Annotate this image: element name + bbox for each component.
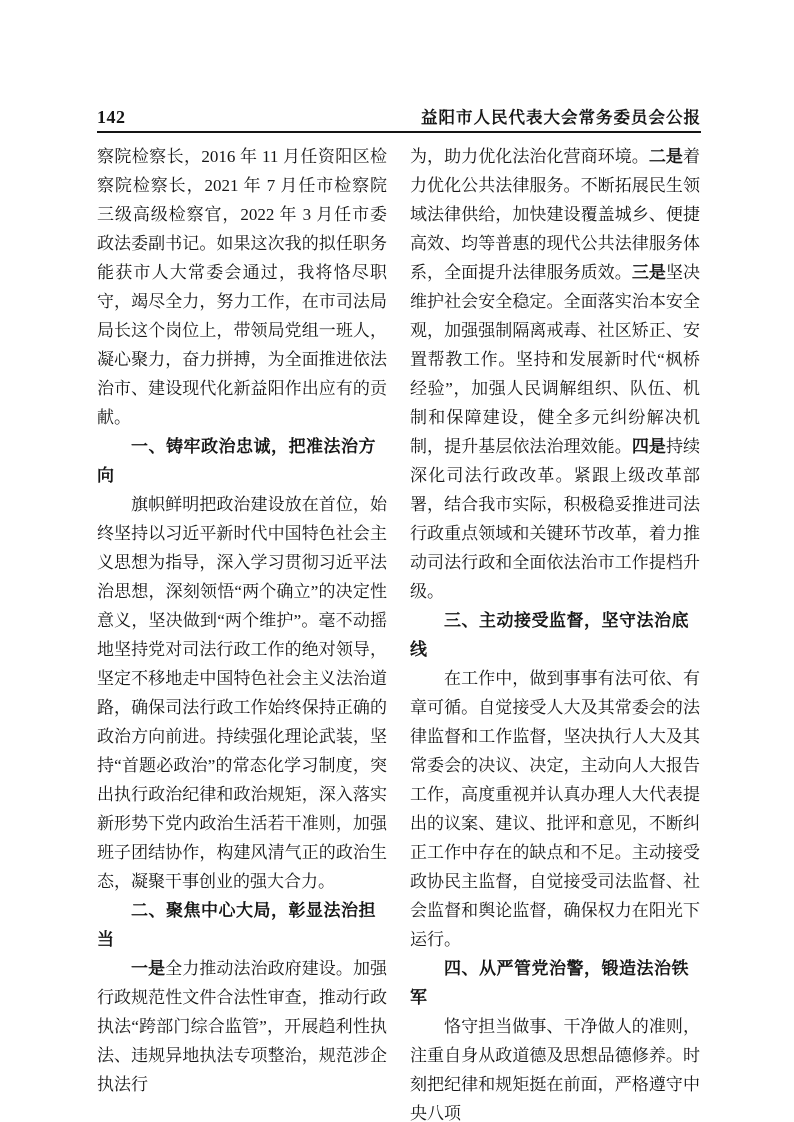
paragraph: 为，助力优化法治化营商环境。二是着力优化公共法律服务。不断拓展民生领域法律供给，… [410,142,700,606]
section-heading: 三、主动接受监督，坚守法治底线 [410,606,700,664]
paragraph: 恪守担当做事、干净做人的准则，注重自身从政道德及思想品德修养。时刻把纪律和规矩挺… [410,1012,700,1122]
header-title: 益阳市人民代表大会常务委员会公报 [421,110,701,127]
section-heading: 四、从严管党治警，锻造法治铁军 [410,954,700,1012]
column-right: 为，助力优化法治化营商环境。二是着力优化公共法律服务。不断拓展民生领域法律供给，… [410,142,700,1122]
paragraph: 在工作中，做到事事有法可依、有章可循。自觉接受人大及其常委会的法律监督和工作监督… [410,664,700,954]
column-left: 察院检察长，2016 年 11 月任资阳区检察院检察长，2021 年 7 月任市… [97,142,387,1122]
gazette-page: 142 益阳市人民代表大会常务委员会公报 察院检察长，2016 年 11 月任资… [0,0,794,1122]
paragraph: 察院检察长，2016 年 11 月任资阳区检察院检察长，2021 年 7 月任市… [97,142,387,432]
section-heading: 二、聚焦中心大局，彰显法治担当 [97,896,387,954]
bold-run: 三是 [632,263,666,282]
bold-run: 一是 [131,959,165,978]
bold-run: 四是 [632,437,666,456]
paragraph: 一是全力推动法治政府建设。加强行政规范性文件合法性审查，推动行政执法“跨部门综合… [97,954,387,1099]
page-header: 142 益阳市人民代表大会常务委员会公报 [97,108,701,133]
section-heading: 一、铸牢政治忠诚，把准法治方向 [97,432,387,490]
page-number: 142 [97,108,126,126]
bold-run: 二是 [649,147,683,166]
paragraph: 旗帜鲜明把政治建设放在首位，始终坚持以习近平新时代中国特色社会主义思想为指导，深… [97,490,387,896]
page-body: 察院检察长，2016 年 11 月任资阳区检察院检察长，2021 年 7 月任市… [97,142,701,1122]
